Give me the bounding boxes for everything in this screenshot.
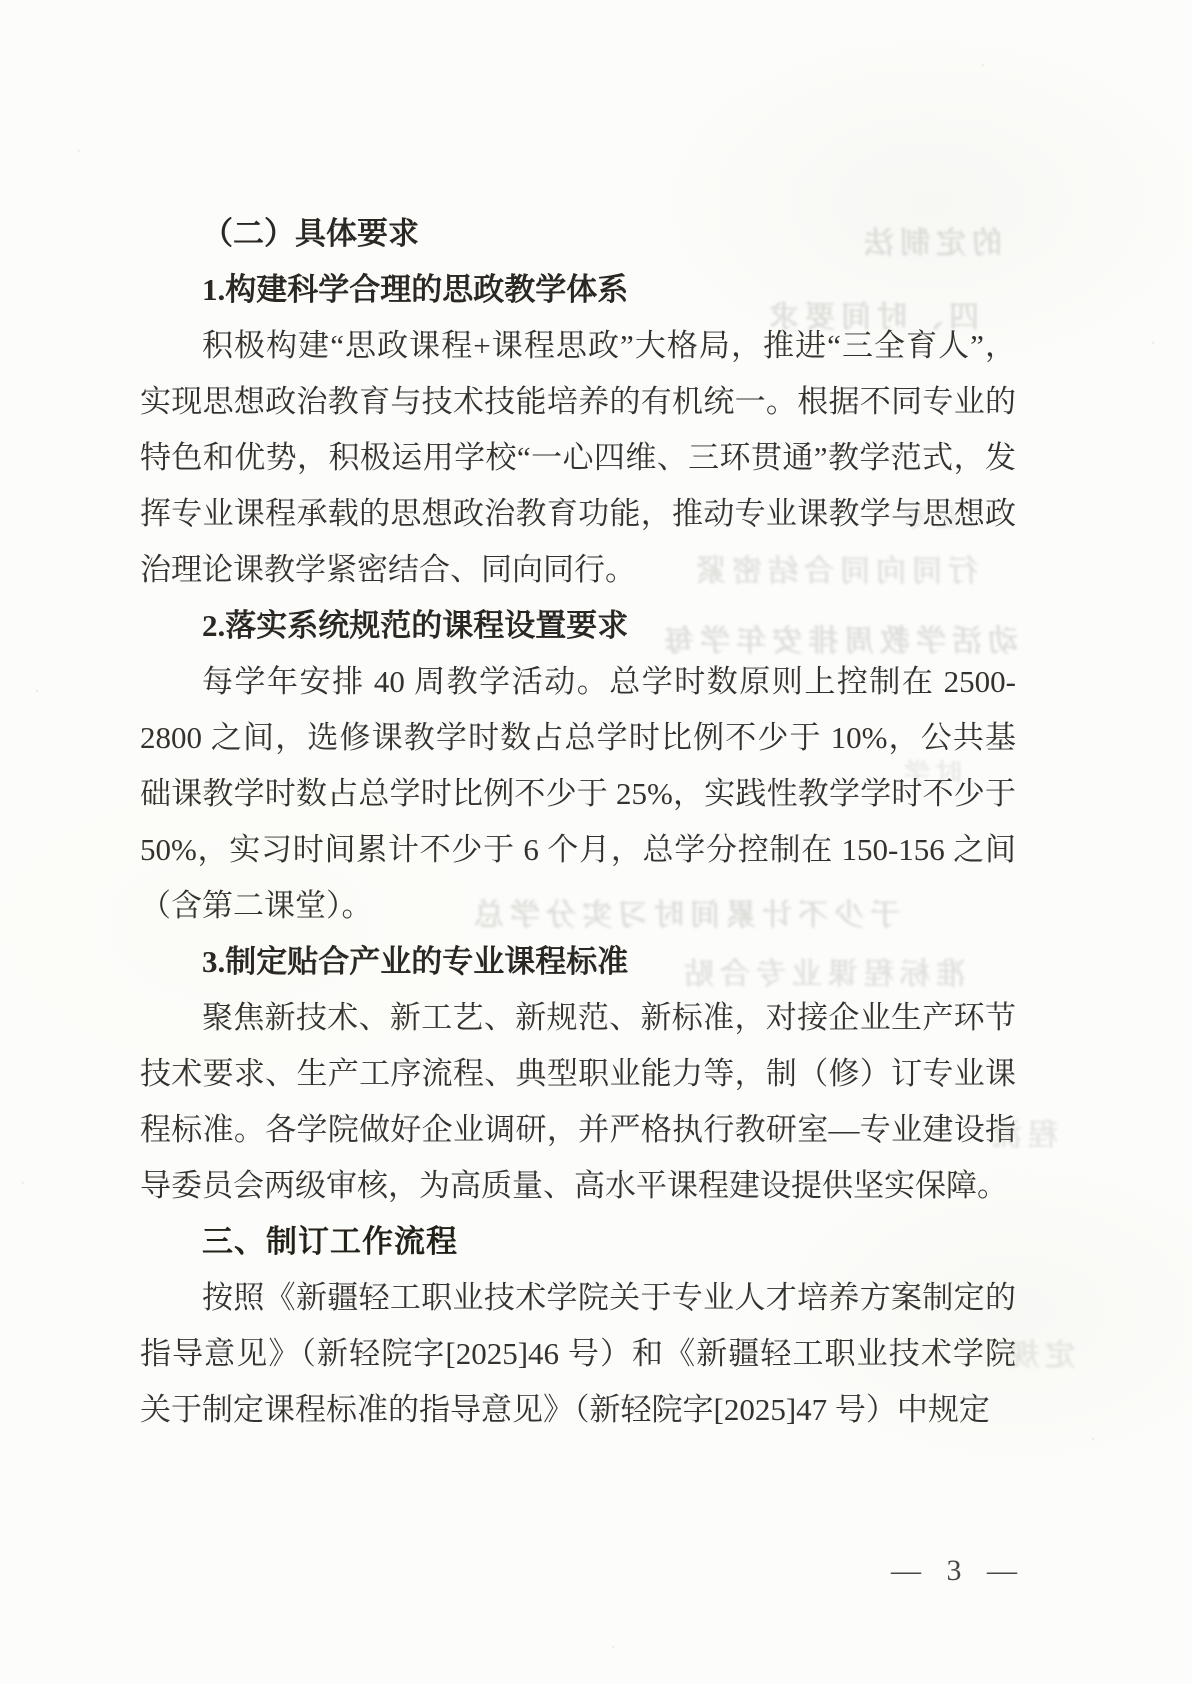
paragraph-according-to: 按照《新疆轻工职业技术学院关于专业人才培养方案制定的指导意见》（新轻院字[202… <box>140 1270 1016 1438</box>
numbered-heading-2: 2.落实系统规范的课程设置要求 <box>140 598 1016 654</box>
numbered-heading-3: 3.制定贴合产业的专业课程标准 <box>140 934 1016 990</box>
paragraph-ideology-teaching: 积极构建“思政课程+课程思政”大格局，推进“三全育人”，实现思想政治教育与技术技… <box>140 318 1016 598</box>
paragraph-course-standards: 聚焦新技术、新工艺、新规范、新标准，对接企业生产环节技术要求、生产工序流程、典型… <box>140 990 1016 1214</box>
scan-noise <box>0 0 2 2</box>
page-number: — 3 — <box>891 1554 1020 1588</box>
numbered-heading-1: 1.构建科学合理的思政教学体系 <box>140 262 1016 318</box>
section-heading-workflow: 三、制订工作流程 <box>140 1214 1016 1270</box>
paragraph-course-hours: 每学年安排 40 周教学活动。总学时数原则上控制在 2500-2800 之间，选… <box>140 654 1016 934</box>
subsection-heading: （二）具体要求 <box>140 206 1016 262</box>
document-content: （二）具体要求 1.构建科学合理的思政教学体系 积极构建“思政课程+课程思政”大… <box>140 206 1016 1438</box>
scanned-document-page: （二）具体要求 1.构建科学合理的思政教学体系 积极构建“思政课程+课程思政”大… <box>0 0 1192 1684</box>
